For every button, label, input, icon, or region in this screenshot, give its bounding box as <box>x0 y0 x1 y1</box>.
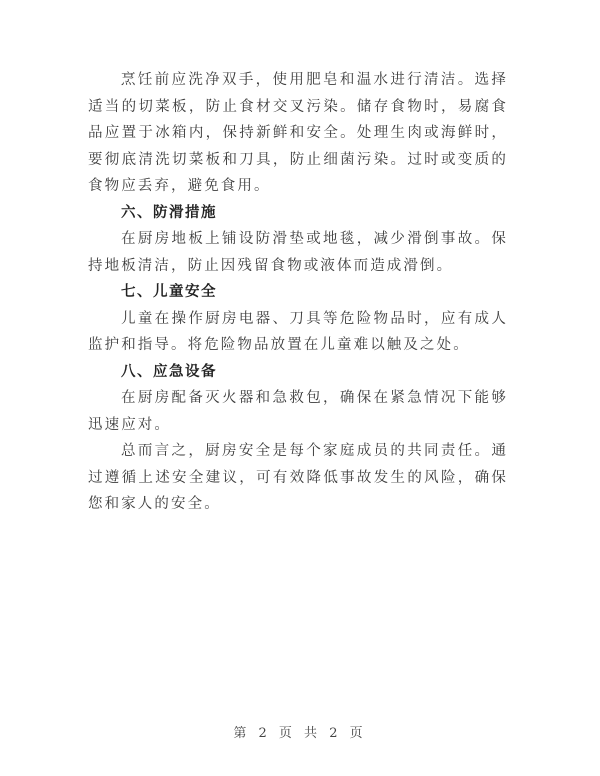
heading-emergency-equipment: 八、应急设备 <box>88 359 508 386</box>
heading-anti-slip: 六、防滑措施 <box>88 200 508 227</box>
paragraph-child-safety: 儿童在操作厨房电器、刀具等危险物品时，应有成人监护和指导。将危险物品放置在儿童难… <box>88 306 508 359</box>
paragraph-conclusion: 总而言之，厨房安全是每个家庭成员的共同责任。通过遵循上述安全建议，可有效降低事故… <box>88 438 508 518</box>
paragraph-emergency-equipment: 在厨房配备灭火器和急救包，确保在紧急情况下能够迅速应对。 <box>88 385 508 438</box>
paragraph-anti-slip: 在厨房地板上铺设防滑垫或地毯，减少滑倒事故。保持地板清洁，防止因残留食物或液体而… <box>88 226 508 279</box>
document-page: 烹饪前应洗净双手，使用肥皂和温水进行清洁。选择适当的切菜板，防止食材交叉污染。储… <box>88 67 508 518</box>
paragraph-food-hygiene: 烹饪前应洗净双手，使用肥皂和温水进行清洁。选择适当的切菜板，防止食材交叉污染。储… <box>88 67 508 200</box>
page-number-footer: 第 2 页 共 2 页 <box>0 722 600 741</box>
heading-child-safety: 七、儿童安全 <box>88 279 508 306</box>
